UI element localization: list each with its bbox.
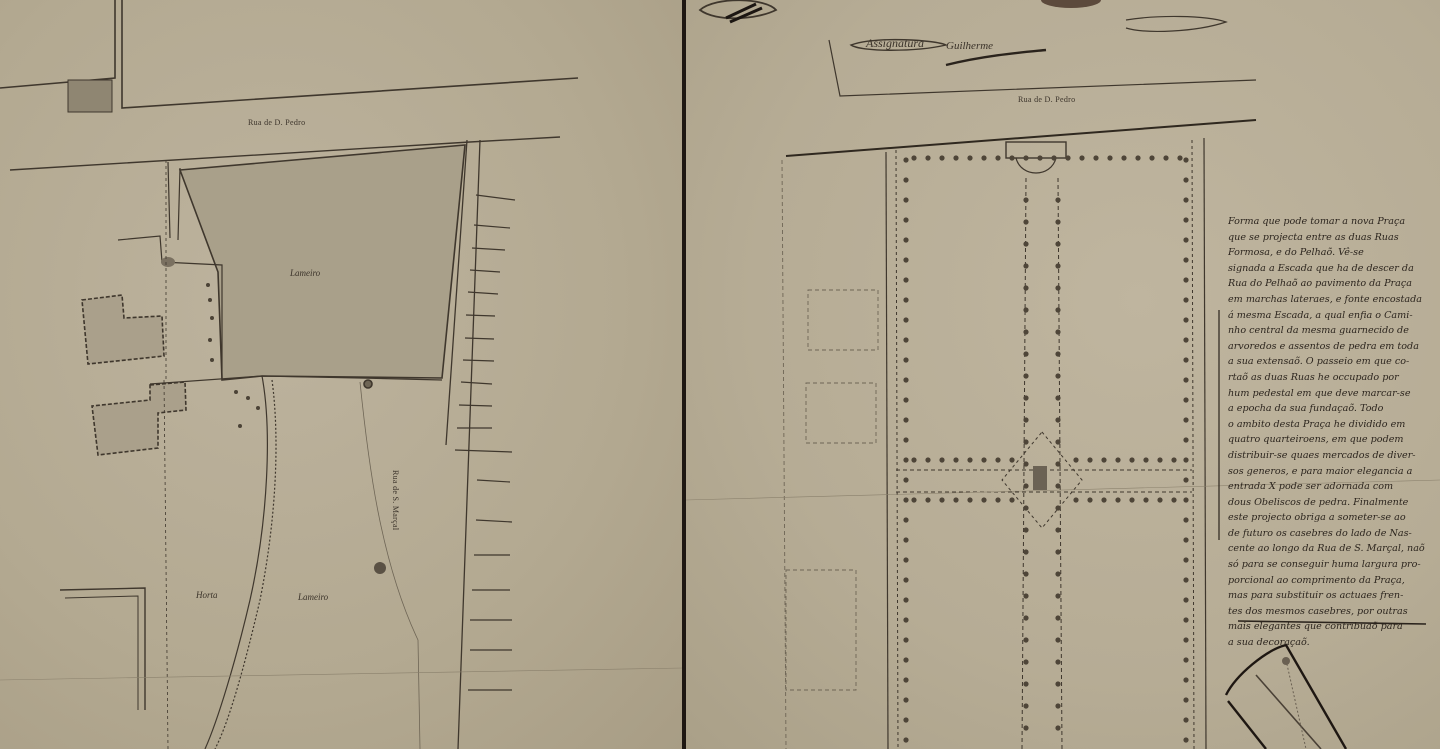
note-line: distribuir-se quaes mercados de diver-: [1228, 448, 1440, 464]
street-label-side: Rua de S. Marçal: [391, 470, 400, 530]
street-label-top-right: Rua de D. Pedro: [1018, 95, 1075, 104]
tree-rows: [903, 155, 1188, 742]
note-line: Formosa, e do Pelhaõ. Vê-se: [1228, 245, 1440, 261]
note-line: mais elegantes que contribuaõ para: [1228, 619, 1440, 635]
note-line: em marchas lateraes, e fonte encostada: [1228, 292, 1440, 308]
note-line: á mesma Escada, a qual enfia o Cami-: [1228, 308, 1440, 324]
left-plan-drawing: [0, 0, 683, 749]
note-line: de futuro os casebres do lado de Nas-: [1228, 526, 1440, 542]
note-line: que se projecta entre as duas Ruas: [1228, 230, 1440, 246]
note-line: tes dos mesmos casebres, por outras: [1228, 604, 1440, 620]
signature-2: Guilherme: [946, 40, 993, 52]
note-line: hum pedestal em que deve marcar-se: [1228, 386, 1440, 402]
note-line: dous Obeliscos de pedra. Finalmente: [1228, 495, 1440, 511]
note-line: rtaõ as duas Ruas he occupado por: [1228, 370, 1440, 386]
note-line: nho central da mesma guarnecido de: [1228, 323, 1440, 339]
note-line: Forma que pode tomar a nova Praça: [1228, 214, 1440, 230]
signature-1: Assignatura: [866, 36, 924, 51]
note-line: quatro quarteiroens, em que podem: [1228, 432, 1440, 448]
note-line: signada a Escada que ha de descer da: [1228, 261, 1440, 277]
note-line: sos generos, e para maior elegancia a: [1228, 464, 1440, 480]
note-line: a sua extensaõ. O passeio em que co-: [1228, 354, 1440, 370]
description-note: Forma que pode tomar a nova Praça que se…: [1228, 214, 1440, 651]
note-line: arvoredos e assentos de pedra em toda: [1228, 339, 1440, 355]
note-line: a epocha da sua fundaçaõ. Todo: [1228, 401, 1440, 417]
note-line: Rua do Pelhaõ ao pavimento da Praça: [1228, 276, 1440, 292]
street-label-top: Rua de D. Pedro: [248, 118, 305, 127]
note-line: o ambito desta Praça he dividido em: [1228, 417, 1440, 433]
note-line: mas para substituir os actuaes fren-: [1228, 588, 1440, 604]
note-line: cente ao longo da Rua de S. Marçal, naõ: [1228, 541, 1440, 557]
plot-label-lameiro-bottom: Lameiro: [298, 592, 328, 602]
note-line: este projecto obriga a someter-se ao: [1228, 510, 1440, 526]
note-line: só para se conseguir huma largura pro-: [1228, 557, 1440, 573]
note-line: porcional ao comprimento da Praça,: [1228, 573, 1440, 589]
note-line: a sua decoraçaõ.: [1228, 635, 1440, 651]
plot-label-lameiro-top: Lameiro: [290, 268, 320, 278]
note-line: entrada X pode ser adornada com: [1228, 479, 1440, 495]
plot-label-horta: Horta: [196, 590, 218, 600]
left-map-sheet: Rua de D. Pedro Lameiro Rua de S. Marçal…: [0, 0, 683, 749]
